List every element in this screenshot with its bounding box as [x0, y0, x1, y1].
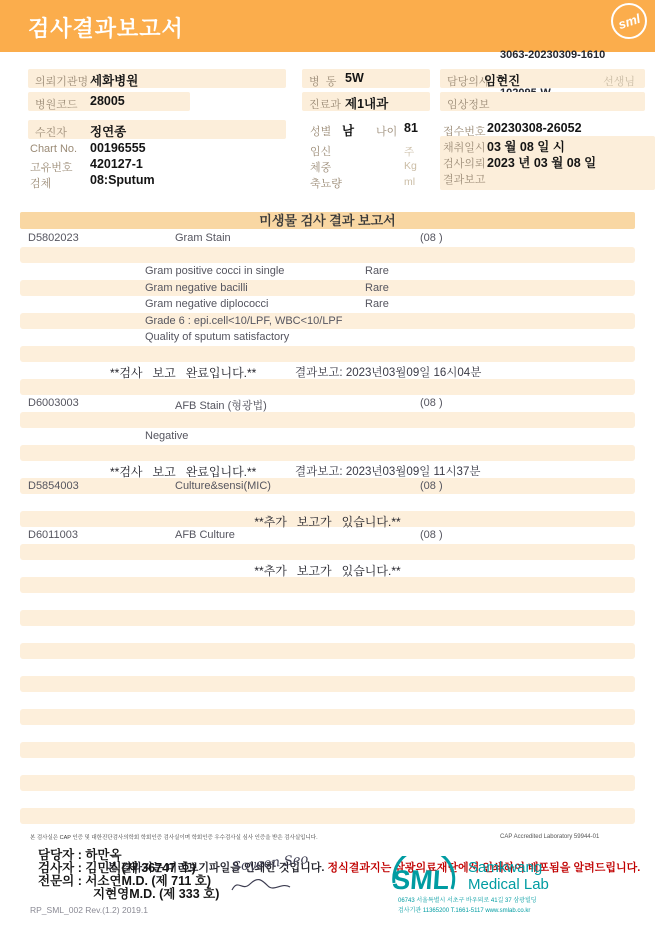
urine-label: 축뇨량 [310, 175, 342, 191]
result-row: **추가 보고가 있습니다.** [20, 560, 635, 577]
specialist2-line: 지현영M.D. (제 333 호) [93, 884, 219, 902]
patient-name-value: 정연종 [90, 122, 126, 140]
result-item: Quality of sputum satisfactory [145, 331, 289, 343]
result-row [20, 544, 635, 561]
result-item: Gram negative diplococci [145, 298, 269, 310]
chart-no-label: Chart No. [30, 143, 77, 155]
reported-label: 결과보고 [443, 171, 486, 187]
result-row [20, 577, 635, 594]
result-row: **추가 보고가 있습니다.** [20, 511, 635, 528]
specimen-value: 08:Sputum [90, 173, 155, 187]
result-row [20, 692, 635, 709]
age-label: 나이 [376, 123, 397, 139]
result-row [20, 643, 635, 660]
lab-address-line2: 검사기관 11365200 T.1661-5117 www.smlab.co.k… [398, 905, 530, 914]
result-row [20, 725, 635, 742]
result-row [20, 626, 635, 643]
result-row [20, 412, 635, 429]
hospital-code-label: 병원코드 [35, 96, 78, 112]
lab-address-line1: 06743 서울특별시 서초구 바우뫼로 41길 37 삼광빌딩 [398, 895, 537, 904]
result-row: D6003003AFB Stain (형광법)(08 ) [20, 395, 635, 412]
result-item: Gram positive cocci in single [145, 265, 284, 277]
signature-scribble-icon [228, 872, 298, 898]
result-row [20, 379, 635, 396]
receipt-no-value: 20230308-26052 [487, 121, 582, 135]
doctor-suffix: 선생님 [603, 73, 635, 89]
result-row: **검사 보고 완료입니다.**결과보고: 2023년03월09일 11시37분 [20, 461, 635, 478]
field-clinical-info: 임상정보 [440, 92, 645, 111]
ward-value: 5W [345, 71, 364, 85]
test-name: AFB Culture [175, 529, 235, 541]
result-row [20, 346, 635, 363]
hospital-code-value: 28005 [90, 94, 125, 108]
ordering-org-label: 의뢰기관명 [35, 73, 88, 89]
test-code: D6003003 [28, 397, 79, 409]
uid-value: 420127-1 [90, 157, 143, 171]
result-row [20, 742, 635, 759]
result-item: Gram negative bacilli [145, 282, 248, 294]
result-value: Rare [365, 265, 389, 277]
uid-label: 고유번호 [30, 159, 73, 175]
results-table: D5802023Gram Stain(08 )Gram positive coc… [20, 230, 635, 824]
specimen-label: 검체 [30, 175, 51, 191]
report-header: 검사결과보고서 3063-20230309-1610 102095-W sml [0, 0, 655, 52]
pregnancy-unit: 주 [404, 144, 414, 159]
page-title: 검사결과보고서 [28, 12, 184, 43]
department-value: 제1내과 [345, 94, 388, 112]
sml-circle-logo-icon: sml [611, 3, 647, 39]
sex-value: 남 [342, 121, 354, 139]
result-row: Gram negative diplococciRare [20, 296, 635, 313]
cap-accreditation-text: CAP Accredited Laboratory 59944-01 [500, 834, 599, 840]
result-row: Gram positive cocci in singleRare [20, 263, 635, 280]
weight-unit: Kg [404, 160, 417, 172]
result-item: Negative [145, 430, 188, 442]
specimen-code: (08 ) [420, 529, 443, 541]
field-ordering-org: 의뢰기관명 세화병원 [28, 69, 286, 88]
field-hospital-code: 병원코드 28005 [28, 92, 190, 111]
sex-label: 성별 [310, 123, 331, 139]
form-number: RP_SML_002 Rev.(1.2) 2019.1 [30, 905, 148, 915]
ward-label: 병 동 [309, 73, 336, 89]
specimen-code: (08 ) [420, 232, 443, 244]
result-row: D6011003AFB Culture(08 ) [20, 527, 635, 544]
test-code: D6011003 [28, 529, 78, 541]
sml-logo-text: sml [616, 10, 642, 31]
result-row [20, 758, 635, 775]
result-row [20, 445, 635, 462]
svg-text:SML: SML [391, 865, 450, 895]
age-value: 81 [404, 121, 418, 135]
test-code: D5802023 [28, 232, 79, 244]
result-item: Grade 6 : epi.cell<10/LPF, WBC<10/LPF [145, 315, 343, 327]
field-patient-name: 수진자 정연종 [28, 120, 286, 139]
result-row [20, 775, 635, 792]
result-row [20, 709, 635, 726]
test-name: Culture&sensi(MIC) [175, 480, 271, 492]
result-row [20, 247, 635, 264]
pregnancy-label: 임신 [310, 143, 331, 159]
result-value: Rare [365, 282, 389, 294]
weight-label: 체중 [310, 159, 331, 175]
result-row: Gram negative bacilliRare [20, 280, 635, 297]
collected-label: 채취일시 [443, 139, 486, 155]
result-row [20, 659, 635, 676]
requested-label: 검사의뢰 [443, 155, 486, 171]
requested-value: 2023 년 03 월 08 일 [487, 153, 596, 171]
result-row: **검사 보고 완료입니다.**결과보고: 2023년03월09일 16시04분 [20, 362, 635, 379]
svg-text:Medical Lab: Medical Lab [468, 876, 549, 893]
urine-unit: ml [404, 176, 415, 188]
svg-text:Samkwang: Samkwang [468, 859, 542, 876]
result-row: Negative [20, 428, 635, 445]
doctor-value: 임현진 [484, 71, 520, 89]
result-row [20, 676, 635, 693]
field-department: 진료과 제1내과 [302, 92, 430, 111]
test-name: AFB Stain (형광법) [175, 397, 267, 413]
result-row: D5802023Gram Stain(08 ) [20, 230, 635, 247]
report-datetime: 결과보고: 2023년03월09일 16시04분 [295, 364, 481, 380]
result-row [20, 808, 635, 825]
specimen-code: (08 ) [420, 480, 443, 492]
result-row [20, 610, 635, 627]
result-row: D5854003Culture&sensi(MIC)(08 ) [20, 478, 635, 495]
accreditation-text: 본 검사실은 CAP 인증 및 대한진단검사의학회 학회인증 검사실이며 학회인… [30, 833, 318, 841]
result-row [20, 593, 635, 610]
field-doctor: 담당의사 임현진 선생님 [440, 69, 645, 88]
test-name: Gram Stain [175, 232, 231, 244]
result-value: Rare [365, 298, 389, 310]
ordering-org-value: 세화병원 [90, 71, 138, 89]
samkwang-medical-lab-logo: SML Samkwang Medical Lab [390, 856, 645, 896]
result-row: Quality of sputum satisfactory [20, 329, 635, 346]
lab-report-page: 검사결과보고서 3063-20230309-1610 102095-W sml … [0, 0, 655, 925]
clinical-info-label: 임상정보 [447, 96, 490, 112]
report-number-line1: 3063-20230309-1610 [500, 49, 605, 62]
results-banner: 미생물 검사 결과 보고서 [20, 212, 635, 229]
field-ward: 병 동 5W [302, 69, 430, 88]
result-row: Grade 6 : epi.cell<10/LPF, WBC<10/LPF [20, 313, 635, 330]
field-dates: 채취일시 03 월 08 일 시 검사의뢰 2023 년 03 월 08 일 결… [440, 136, 655, 190]
result-row [20, 494, 635, 511]
report-datetime: 결과보고: 2023년03월09일 11시37분 [295, 463, 480, 479]
department-label: 진료과 [309, 96, 341, 112]
patient-name-label: 수진자 [35, 124, 67, 140]
test-code: D5854003 [28, 480, 79, 492]
result-row [20, 791, 635, 808]
specimen-code: (08 ) [420, 397, 443, 409]
chart-no-value: 00196555 [90, 141, 146, 155]
